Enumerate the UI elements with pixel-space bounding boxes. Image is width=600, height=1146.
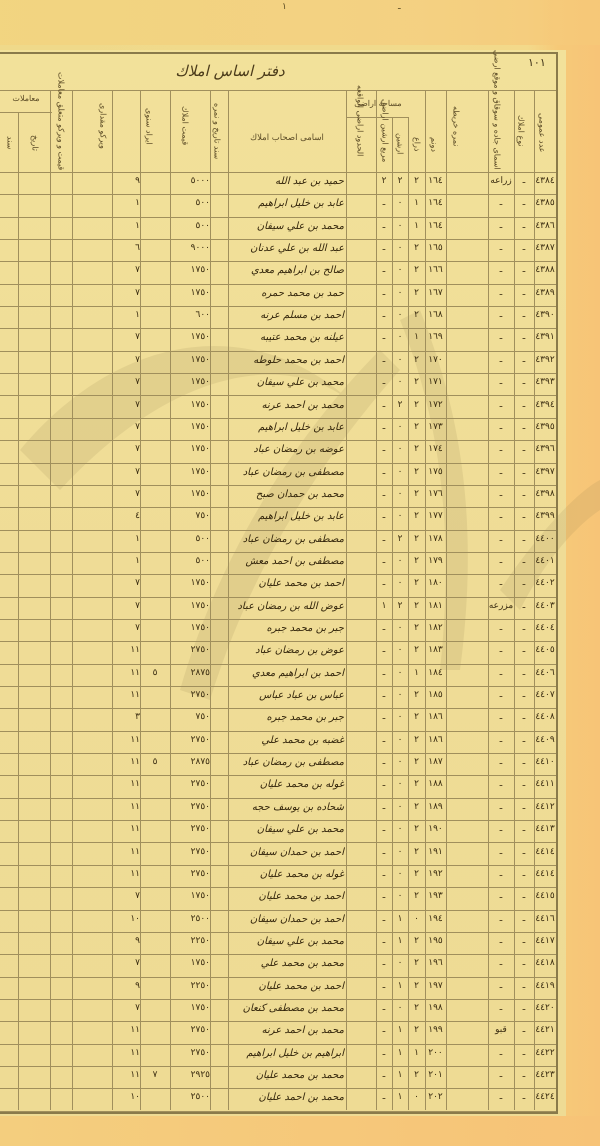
- cell-tax: ١: [112, 221, 140, 231]
- cell-a1: ٢: [408, 377, 425, 387]
- cell-loc: ـ: [488, 243, 514, 253]
- cell-no: ٤٤١٤: [534, 847, 556, 857]
- cell-no: ٤٣٩٩: [534, 511, 556, 521]
- cell-value: ١٧٥٠: [170, 288, 210, 298]
- cell-num: ١٧٣: [425, 422, 446, 432]
- cell-a3: ـ: [376, 310, 392, 320]
- cell-num: ٢٠٠: [425, 1048, 446, 1058]
- cell-loc: ـ: [488, 355, 514, 365]
- cell-name: غضبه بن محمد علي: [232, 735, 344, 746]
- cell-a1: ٢: [408, 1070, 425, 1080]
- cell-a3: ـ: [376, 422, 392, 432]
- cell-loc: ـ: [488, 310, 514, 320]
- header-location: اسماى جاده و سوقاق و موقع ارضى: [492, 96, 500, 170]
- cell-tax: ٧: [112, 623, 140, 633]
- cell-a3: ـ: [376, 1003, 392, 1013]
- cell-type: ـ: [514, 847, 534, 857]
- cell-no: ٤٤١٧: [534, 936, 556, 946]
- cell-loc: ـ: [488, 534, 514, 544]
- cell-tax: ٧: [112, 958, 140, 968]
- table-row: ٤٤٠٦ــ١٨٤١٠ـاحمد بن ابراهيم معدي٢٨٧٥١١٥: [0, 665, 556, 687]
- cell-type: ـ: [514, 1025, 534, 1035]
- cell-type: ـ: [514, 489, 534, 499]
- cell-num: ١٦٧: [425, 288, 446, 298]
- cell-a3: ٢: [376, 176, 392, 186]
- cell-loc: ـ: [488, 1003, 514, 1013]
- cell-a2: ٠: [392, 355, 408, 365]
- cell-name: احمد بن حمدان سيفان: [232, 847, 344, 858]
- table-row: ٤٣٩٧ــ١٧٥٢٠ـمصطفى بن رمضان عباد١٧٥٠٧: [0, 464, 556, 486]
- cell-num: ١٦٨: [425, 310, 446, 320]
- cell-a3: ـ: [376, 847, 392, 857]
- cell-type: ـ: [514, 310, 534, 320]
- cell-name: محمد بن حمدان صبح: [232, 489, 344, 500]
- cell-tax: ٧: [112, 355, 140, 365]
- cell-tax: ١١: [112, 847, 140, 857]
- cell-a2: ١: [392, 981, 408, 991]
- cell-name: محمد بن علي سيفان: [232, 824, 344, 835]
- cell-a2: ٠: [392, 265, 408, 275]
- cell-a3: ـ: [376, 243, 392, 253]
- cell-a2: ٠: [392, 1003, 408, 1013]
- cell-tax: ٧: [112, 400, 140, 410]
- cell-a1: ٢: [408, 1003, 425, 1013]
- cell-a1: ٢: [408, 712, 425, 722]
- table-row: ٤٣٩١ــ١٦٩١٠ـعيلنه بن محمد عتيبه١٧٥٠٧: [0, 329, 556, 351]
- table-row: ٤٣٨٧ــ١٦٥٢٠ـعبد الله بن علي عدنان٩٠٠٠٦: [0, 240, 556, 262]
- cell-a2: ١: [392, 1092, 408, 1102]
- cell-tax: ٩: [112, 936, 140, 946]
- table-row: ٤٤١٧ــ١٩٥٢١ـمحمد بن علي سيفان٢٢٥٠٩: [0, 933, 556, 955]
- cell-name: محمد بن محمد عليان: [232, 1070, 344, 1081]
- cell-extra: ٥: [140, 757, 170, 767]
- header-transactions: معاملات: [2, 95, 50, 103]
- header-count-no: عدد عمومى: [537, 100, 545, 166]
- cell-tax: ٧: [112, 601, 140, 611]
- cell-num: ١٦٤: [425, 198, 446, 208]
- header-owners: اسامى اصحاب املاك: [232, 134, 342, 143]
- cell-num: ١٩٠: [425, 824, 446, 834]
- cell-a2: ١: [392, 936, 408, 946]
- cell-type: ـ: [514, 735, 534, 745]
- cell-name: عوضه بن رمضان عباد: [232, 444, 344, 455]
- cell-loc: ـ: [488, 645, 514, 655]
- cell-a2: ٠: [392, 243, 408, 253]
- cell-a3: ـ: [376, 511, 392, 521]
- cell-type: ـ: [514, 377, 534, 387]
- cell-no: ٤٣٨٦: [534, 221, 556, 231]
- register-title: دفتر اساس املاك: [130, 62, 330, 80]
- cell-name: ابراهيم بن خليل ابراهيم: [232, 1048, 344, 1059]
- table-row: ٤٤١٣ــ١٩٠٢٠ـمحمد بن علي سيفان٢٧٥٠١١: [0, 821, 556, 843]
- table-row: ٤٤٢٢ــ٢٠٠١١ـابراهيم بن خليل ابراهيم٢٧٥٠١…: [0, 1045, 556, 1067]
- cell-a2: ٠: [392, 802, 408, 812]
- cell-a2: ٠: [392, 847, 408, 857]
- cell-num: ١٩٧: [425, 981, 446, 991]
- cell-a2: ٢: [392, 601, 408, 611]
- cell-value: ١٧٥٠: [170, 601, 210, 611]
- cell-num: ١٦٤: [425, 176, 446, 186]
- table-row: ٤٣٩٤ــ١٧٢٢٢ـمحمد بن احمد عرنه١٧٥٠٧: [0, 397, 556, 419]
- cell-a2: ١: [392, 1070, 408, 1080]
- cell-type: ـ: [514, 1048, 534, 1058]
- cell-no: ٤٤٠٧: [534, 690, 556, 700]
- cell-a2: ٠: [392, 668, 408, 678]
- cell-loc: ـ: [488, 332, 514, 342]
- table-row: ٤٣٨٦ــ١٦٤١٠ـمحمد بن علي سيفان٥٠٠١: [0, 218, 556, 240]
- cell-no: ٤٤٢٢: [534, 1048, 556, 1058]
- cell-no: ٤٣٩٣: [534, 377, 556, 387]
- cell-value: ٢٨٧٥: [170, 757, 210, 767]
- cell-tax: ١١: [112, 1070, 140, 1080]
- cell-a3: ـ: [376, 802, 392, 812]
- cell-num: ١٩٨: [425, 1003, 446, 1013]
- cell-no: ٤٤٢٠: [534, 1003, 556, 1013]
- cell-tax: ٧: [112, 1003, 140, 1013]
- cell-tax: ١١: [112, 1048, 140, 1058]
- cell-loc: ـ: [488, 847, 514, 857]
- cell-tax: ١١: [112, 824, 140, 834]
- cell-tax: ١: [112, 310, 140, 320]
- cell-tax: ١٠: [112, 914, 140, 924]
- cell-a1: ٢: [408, 176, 425, 186]
- cell-a3: ـ: [376, 668, 392, 678]
- cell-tax: ٧: [112, 891, 140, 901]
- top-mark-1: ١: [282, 2, 287, 12]
- cell-loc: ـ: [488, 936, 514, 946]
- table-row: ٤٤٢١ـقبو١٩٩٢١ـمحمد بن احمد عرنه٢٧٥٠١١: [0, 1022, 556, 1044]
- cell-extra: ٥: [140, 668, 170, 678]
- cell-a1: ١: [408, 668, 425, 678]
- cell-tax: ٧: [112, 578, 140, 588]
- cell-no: ٤٣٩٥: [534, 422, 556, 432]
- header-map-no: نمره خريطه: [451, 96, 459, 156]
- cell-value: ٢٧٥٠: [170, 847, 210, 857]
- cell-name: عابد بن خليل ابراهيم: [232, 198, 344, 209]
- top-mark-2: ـ: [398, 2, 401, 12]
- cell-type: ـ: [514, 1092, 534, 1102]
- cell-a1: ٢: [408, 422, 425, 432]
- cell-type: ـ: [514, 467, 534, 477]
- cell-num: ١٧٢: [425, 400, 446, 410]
- cell-a1: ٢: [408, 489, 425, 499]
- cell-loc: ـ: [488, 981, 514, 991]
- cell-a2: ١: [392, 1025, 408, 1035]
- cell-no: ٤٤٠٤: [534, 623, 556, 633]
- cell-loc: ـ: [488, 198, 514, 208]
- cell-tax: ١١: [112, 1025, 140, 1035]
- cell-loc: ـ: [488, 467, 514, 477]
- cell-num: ١٨٦: [425, 735, 446, 745]
- cell-a2: ٠: [392, 221, 408, 231]
- cell-value: ٢٧٥٠: [170, 645, 210, 655]
- cell-type: ـ: [514, 824, 534, 834]
- cell-type: ـ: [514, 400, 534, 410]
- cell-num: ١٨٠: [425, 578, 446, 588]
- cell-a2: ٠: [392, 824, 408, 834]
- cell-a1: ٢: [408, 690, 425, 700]
- cell-a3: ـ: [376, 869, 392, 879]
- cell-value: ٥٠٠: [170, 556, 210, 566]
- cell-type: ـ: [514, 623, 534, 633]
- cell-loc: قبو: [488, 1025, 514, 1035]
- header-land-type: مربع ارشين اراضى: [380, 96, 388, 166]
- cell-name: احمد بن محمد حلوطه: [232, 355, 344, 366]
- cell-value: ٧٥٠: [170, 511, 210, 521]
- cell-type: ـ: [514, 936, 534, 946]
- cell-a1: ١: [408, 221, 425, 231]
- cell-type: ـ: [514, 712, 534, 722]
- table-row: ٤٣٩٨ــ١٧٦٢٠ـمحمد بن حمدان صبح١٧٥٠٧: [0, 486, 556, 508]
- cell-num: ١٨١: [425, 601, 446, 611]
- table-row: ٤٤١٥ــ١٩٣٢٠ـاحمد بن محمد عليان١٧٥٠٧: [0, 888, 556, 910]
- cell-num: ١٧٩: [425, 556, 446, 566]
- table-row: ٤٣٨٩ــ١٦٧٢٠ـحمد بن محمد حمره١٧٥٠٧: [0, 285, 556, 307]
- cell-no: ٤٤٠٥: [534, 645, 556, 655]
- cell-a2: ٠: [392, 779, 408, 789]
- cell-a1: ٢: [408, 1025, 425, 1035]
- cell-a3: ـ: [376, 355, 392, 365]
- cell-a3: ـ: [376, 1025, 392, 1035]
- cell-num: ١٧٠: [425, 355, 446, 365]
- cell-a3: ـ: [376, 1070, 392, 1080]
- table-row: ٤٣٨٤ـزراعه١٦٤٢٢٢حميد بن عبد الله٥٠٠٠٩: [0, 173, 556, 195]
- cell-a2: ١: [392, 1048, 408, 1058]
- cell-a2: ٠: [392, 377, 408, 387]
- cell-type: ـ: [514, 422, 534, 432]
- cell-value: ٢٧٥٠: [170, 1025, 210, 1035]
- cell-no: ٤٤١٠: [534, 757, 556, 767]
- cell-name: جبر بن محمد جبره: [232, 712, 344, 723]
- cell-tax: ٧: [112, 467, 140, 477]
- cell-a1: ٢: [408, 981, 425, 991]
- cell-no: ٤٤٠٦: [534, 668, 556, 678]
- cell-no: ٤٣٩٢: [534, 355, 556, 365]
- cell-no: ٤٤٠٨: [534, 712, 556, 722]
- cell-name: عابد بن خليل ابراهيم: [232, 422, 344, 433]
- cell-a3: ـ: [376, 198, 392, 208]
- cell-name: مصطفى بن احمد معش: [232, 556, 344, 567]
- cell-no: ٤٤٢٣: [534, 1070, 556, 1080]
- cell-a3: ـ: [376, 690, 392, 700]
- cell-a1: ٢: [408, 601, 425, 611]
- cell-name: مصطفى بن رمضان عباد: [232, 757, 344, 768]
- cell-type: ـ: [514, 265, 534, 275]
- cell-num: ٢٠١: [425, 1070, 446, 1080]
- cell-a1: ٢: [408, 735, 425, 745]
- cell-value: ١٧٥٠: [170, 891, 210, 901]
- cell-tax: ١: [112, 198, 140, 208]
- cell-tax: ١٠: [112, 1092, 140, 1102]
- cell-a2: ٠: [392, 556, 408, 566]
- cell-tax: ٤: [112, 511, 140, 521]
- cell-name: صالح بن ابراهيم معدي: [232, 265, 344, 276]
- cell-name: احمد بن محمد عليان: [232, 578, 344, 589]
- cell-type: ـ: [514, 243, 534, 253]
- header-notes: قيمت و ويركو متعلق معاملات: [56, 96, 64, 170]
- cell-a1: ٢: [408, 265, 425, 275]
- cell-value: ٧٥٠: [170, 712, 210, 722]
- table-row: ٤٤١٦ــ١٩٤٠١ـاحمد بن حمدان سيفان٢٥٠٠١٠: [0, 911, 556, 933]
- cell-type: ـ: [514, 958, 534, 968]
- cell-a3: ـ: [376, 400, 392, 410]
- cell-num: ١٧٧: [425, 511, 446, 521]
- cell-tax: ٣: [112, 712, 140, 722]
- table-row: ٤٤١٤ــ١٩٢٢٠ـغوله بن محمد عليان٢٧٥٠١١: [0, 866, 556, 888]
- cell-value: ٢٧٥٠: [170, 779, 210, 789]
- table-row: ٤٤٠١ــ١٧٩٢٠ـمصطفى بن احمد معش٥٠٠١: [0, 553, 556, 575]
- cell-type: ـ: [514, 198, 534, 208]
- cell-num: ١٨٣: [425, 645, 446, 655]
- table-row: ٤٤٠٨ــ١٨٦٢٠ـجبر بن محمد جبره٧٥٠٣: [0, 709, 556, 731]
- cell-tax: ٧: [112, 422, 140, 432]
- cell-tax: ٩: [112, 981, 140, 991]
- cell-loc: ـ: [488, 265, 514, 275]
- table-row: ٤٣٨٥ــ١٦٤١٠ـعابد بن خليل ابراهيم٥٠٠١: [0, 195, 556, 217]
- header-annual-income: ايراد سنوى: [144, 96, 152, 156]
- cell-type: ـ: [514, 802, 534, 812]
- table-row: ٤٣٩٠ــ١٦٨٢٠ـاحمد بن مسلم عرنه٦٠٠١: [0, 307, 556, 329]
- cell-a2: ٠: [392, 467, 408, 477]
- cell-name: محمد بن احمد عليان: [232, 1092, 344, 1103]
- table-row: ٤٤١٤ــ١٩١٢٠ـاحمد بن حمدان سيفان٢٧٥٠١١: [0, 844, 556, 866]
- cell-tax: ١١: [112, 645, 140, 655]
- cell-a2: ٠: [392, 623, 408, 633]
- cell-a2: ١: [392, 914, 408, 924]
- cell-type: ـ: [514, 444, 534, 454]
- cell-no: ٤٣٨٧: [534, 243, 556, 253]
- cell-value: ٢٧٥٠: [170, 735, 210, 745]
- cell-a1: ٢: [408, 779, 425, 789]
- cell-a1: ٢: [408, 578, 425, 588]
- cell-tax: ١١: [112, 690, 140, 700]
- cell-value: ١٧٥٠: [170, 623, 210, 633]
- cell-loc: ـ: [488, 690, 514, 700]
- page-edge-top: [0, 0, 600, 45]
- cell-a1: ٢: [408, 444, 425, 454]
- cell-value: ١٧٥٠: [170, 578, 210, 588]
- cell-loc: ـ: [488, 869, 514, 879]
- cell-tax: ٧: [112, 332, 140, 342]
- cell-type: ـ: [514, 511, 534, 521]
- header-area-sub-3: ارشين: [395, 122, 403, 166]
- header-boundaries: الحدود اراضى الواقعه: [355, 96, 363, 156]
- table-row: ٤٤٢٤ــ٢٠٢٠١ـمحمد بن احمد عليان٢٥٠٠١٠: [0, 1089, 556, 1111]
- cell-name: محمد بن علي سيفان: [232, 936, 344, 947]
- cell-value: ١٧٥٠: [170, 400, 210, 410]
- cell-loc: ـ: [488, 1070, 514, 1080]
- cell-tax: ٩: [112, 176, 140, 186]
- cell-a1: ٢: [408, 824, 425, 834]
- cell-name: شحاده بن يوسف حجه: [232, 802, 344, 813]
- cell-a3: ـ: [376, 489, 392, 499]
- table-row: ٤٤١٩ــ١٩٧٢١ـاحمد بن محمد عليان٢٢٥٠٩: [0, 978, 556, 1000]
- cell-value: ٢٧٥٠: [170, 1048, 210, 1058]
- cell-value: ٢٧٥٠: [170, 690, 210, 700]
- cell-name: محمد بن احمد عرنه: [232, 1025, 344, 1036]
- cell-type: ـ: [514, 601, 534, 611]
- cell-name: عوض بن رمضان عباد: [232, 645, 344, 656]
- table-row: ٤٤١٨ــ١٩٦٢٠ـمحمد بن محمد علي١٧٥٠٧: [0, 955, 556, 977]
- cell-type: ـ: [514, 1003, 534, 1013]
- cell-a3: ـ: [376, 288, 392, 298]
- cell-a3: ـ: [376, 623, 392, 633]
- cell-a3: ـ: [376, 735, 392, 745]
- cell-num: ١٧١: [425, 377, 446, 387]
- cell-type: ـ: [514, 869, 534, 879]
- cell-num: ١٨٧: [425, 757, 446, 767]
- cell-a1: ٢: [408, 757, 425, 767]
- cell-a1: ٢: [408, 623, 425, 633]
- cell-a1: ١: [408, 198, 425, 208]
- table-row: ٤٤١٢ــ١٨٩٢٠ـشحاده بن يوسف حجه٢٧٥٠١١: [0, 799, 556, 821]
- cell-no: ٤٤١٢: [534, 802, 556, 812]
- cell-a3: ـ: [376, 221, 392, 231]
- cell-loc: ـ: [488, 1092, 514, 1102]
- cell-name: عبد الله بن علي عدنان: [232, 243, 344, 254]
- cell-name: محمد بن علي سيفان: [232, 377, 344, 388]
- cell-a1: ٢: [408, 310, 425, 320]
- cell-loc: ـ: [488, 668, 514, 678]
- cell-loc: ـ: [488, 757, 514, 767]
- page-edge-bottom: [0, 1116, 600, 1146]
- cell-type: ـ: [514, 221, 534, 231]
- cell-name: عيلنه بن محمد عتيبه: [232, 332, 344, 343]
- table-row: ٤٣٩٢ــ١٧٠٢٠ـاحمد بن محمد حلوطه١٧٥٠٧: [0, 352, 556, 374]
- cell-a2: ٠: [392, 578, 408, 588]
- cell-a1: ٢: [408, 891, 425, 901]
- cell-tax: ٦: [112, 243, 140, 253]
- cell-num: ١٦٥: [425, 243, 446, 253]
- cell-a1: ٢: [408, 802, 425, 812]
- table-row: ٤٤٠٩ــ١٨٦٢٠ـغضبه بن محمد علي٢٧٥٠١١: [0, 732, 556, 754]
- cell-loc: مزرعه: [488, 601, 514, 611]
- cell-no: ٤٣٩٤: [534, 400, 556, 410]
- cell-a3: ـ: [376, 824, 392, 834]
- cell-loc: ـ: [488, 377, 514, 387]
- cell-value: ٥٠٠: [170, 221, 210, 231]
- cell-a2: ٠: [392, 422, 408, 432]
- header-tax-value: قيمت املاك: [180, 96, 188, 156]
- cell-type: ـ: [514, 534, 534, 544]
- cell-value: ١٧٥٠: [170, 467, 210, 477]
- cell-type: ـ: [514, 176, 534, 186]
- cell-name: عابد بن خليل ابراهيم: [232, 511, 344, 522]
- table-row: ٤٣٩٩ــ١٧٧٢٠ـعابد بن خليل ابراهيم٧٥٠٤: [0, 508, 556, 530]
- cell-a3: ـ: [376, 377, 392, 387]
- cell-name: جبر بن محمد جبره: [232, 623, 344, 634]
- cell-no: ٤٣٩١: [534, 332, 556, 342]
- cell-no: ٤٤٢٤: [534, 1092, 556, 1102]
- cell-tax: ٧: [112, 265, 140, 275]
- table-row: ٤٤٠٣ـمزرعه١٨١٢٢١عوض الله بن رمضان عباد١٧…: [0, 598, 556, 620]
- table-row: ٤٤٠٤ــ١٨٢٢٠ـجبر بن محمد جبره١٧٥٠٧: [0, 620, 556, 642]
- cell-name: مصطفى بن رمضان عباد: [232, 467, 344, 478]
- cell-a2: ٠: [392, 869, 408, 879]
- cell-value: ١٧٥٠: [170, 489, 210, 499]
- cell-name: احمد بن ابراهيم معدي: [232, 668, 344, 679]
- cell-tax: ١١: [112, 802, 140, 812]
- cell-no: ٤٣٩٠: [534, 310, 556, 320]
- cell-a3: ـ: [376, 891, 392, 901]
- cell-tax: ١١: [112, 869, 140, 879]
- cell-no: ٤٣٨٥: [534, 198, 556, 208]
- cell-a2: ٢: [392, 176, 408, 186]
- cell-name: عباس بن عباد عباس: [232, 690, 344, 701]
- cell-tax: ٧: [112, 377, 140, 387]
- table-row: ٤٤٠٢ــ١٨٠٢٠ـاحمد بن محمد عليان١٧٥٠٧: [0, 575, 556, 597]
- table-row: ٤٣٩٣ــ١٧١٢٠ـمحمد بن علي سيفان١٧٥٠٧: [0, 374, 556, 396]
